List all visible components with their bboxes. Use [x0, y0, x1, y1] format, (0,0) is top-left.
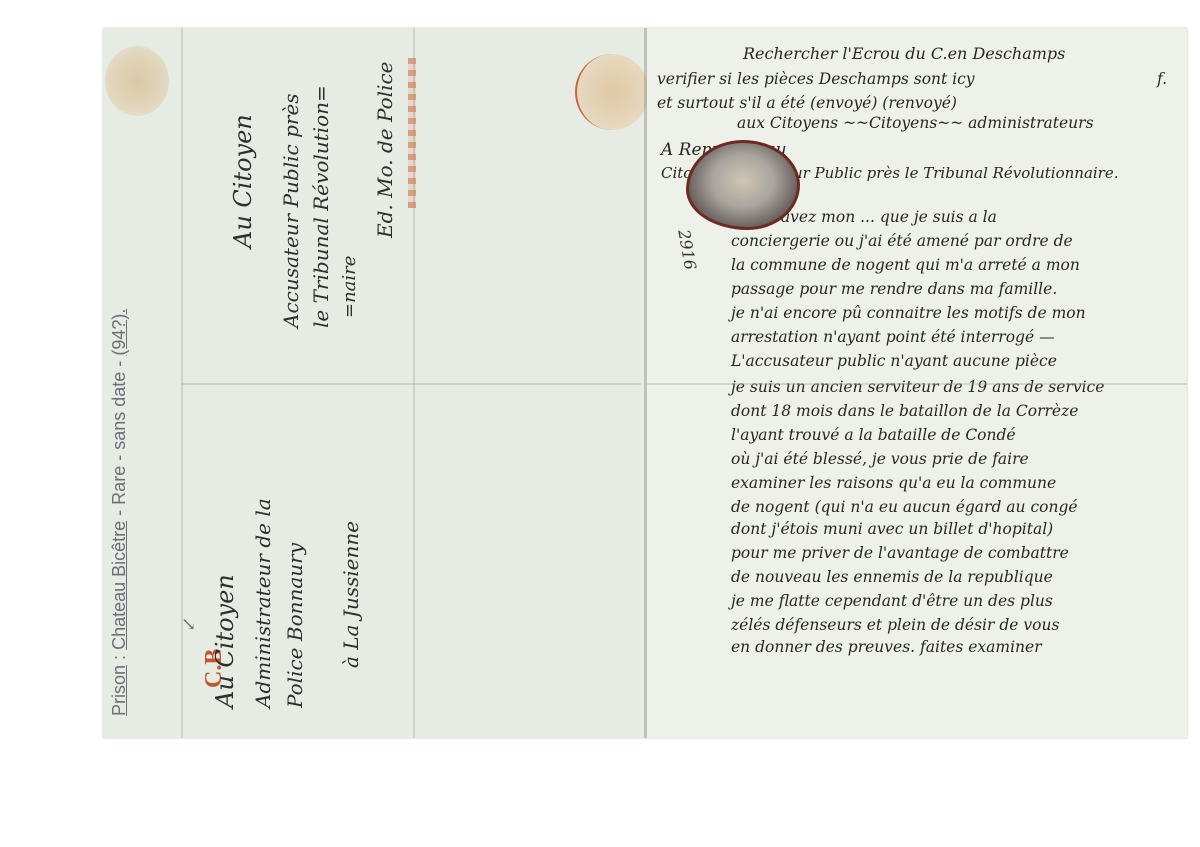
address-upper-line: Au Citoyen: [229, 114, 257, 248]
red-wax-trace: [408, 58, 416, 208]
address-lower-line: Administrateur de la: [251, 498, 275, 708]
letter-line: arrestation n'ayant point été interrogé …: [731, 328, 1055, 346]
letter-line: en donner des preuves. faites examiner: [731, 638, 1042, 656]
address-lower-line: à La Jussienne: [339, 521, 363, 668]
address-panel: Prison : Chateau Bicêtre - Rare - sans d…: [103, 28, 643, 738]
docket-line: verifier si les pièces Deschamps sont ic…: [657, 70, 975, 88]
letter-body: Vous savez mon ... que je suis a la conc…: [731, 208, 1181, 678]
letter-sheet: Prison : Chateau Bicêtre - Rare - sans d…: [103, 28, 1187, 738]
pencil-arrow-icon: ↘: [181, 614, 196, 635]
docket-line: Rechercher l'Ecrou du C.en Deschamps: [743, 44, 1065, 63]
letter-line: dont j'étois muni avec un billet d'hopit…: [731, 520, 1053, 538]
address-upper-line: Accusateur Public près: [279, 93, 303, 328]
letter-line: examiner les raisons qu'a eu la commune: [731, 474, 1056, 492]
address-upper-line: =naire: [339, 256, 360, 318]
address-lower-line: Au Citoyen: [211, 574, 239, 708]
letter-line: conciergerie ou j'ai été amené par ordre…: [731, 232, 1073, 250]
docket-line: et surtout s'il a été (envoyé) (renvoyé): [657, 94, 957, 112]
side-number: 2916: [674, 228, 700, 271]
letter-line: l'ayant trouvé a la bataille de Condé: [731, 426, 1016, 444]
address-lower-line: Police Bonnaury: [283, 543, 307, 708]
letter-line: je me flatte cependant d'être un des plu…: [731, 592, 1053, 610]
address-upper-line: le Tribunal Révolution=: [309, 85, 333, 328]
letter-line: de nogent (qui n'a eu aucun égard au con…: [731, 498, 1078, 516]
letter-line: où j'ai été blessé, je vous prie de fair…: [731, 450, 1029, 468]
wax-stain: [575, 54, 649, 130]
letter-line: la commune de nogent qui m'a arreté a mo…: [731, 256, 1080, 274]
letter-line: L'accusateur public n'ayant aucune pièce: [731, 352, 1057, 370]
letter-line: zélés défenseurs et plein de désir de vo…: [731, 616, 1059, 634]
wax-stain: [105, 46, 169, 116]
letter-line: passage pour me rendre dans ma famille.: [731, 280, 1057, 298]
archival-annotation: Prison : Chateau Bicêtre - Rare - sans d…: [109, 309, 130, 716]
letter-line: je suis un ancien serviteur de 19 ans de…: [731, 378, 1104, 396]
address-upper-line: Ed. Mo. de Police: [373, 61, 397, 238]
wax-seal: [686, 140, 800, 230]
letter-line: de nouveau les ennemis de la republique: [731, 568, 1053, 586]
letter-line: je n'ai encore pû connaitre les motifs d…: [731, 304, 1086, 322]
letter-line: pour me priver de l'avantage de combattr…: [731, 544, 1069, 562]
docket-line: aux Citoyens ~~Citoyens~~ administrateur…: [737, 114, 1094, 132]
letter-line: dont 18 mois dans le bataillon de la Cor…: [731, 402, 1078, 420]
margin-mark: f.: [1157, 70, 1167, 88]
fold-line: [647, 383, 1187, 385]
fold-line: [181, 383, 641, 385]
